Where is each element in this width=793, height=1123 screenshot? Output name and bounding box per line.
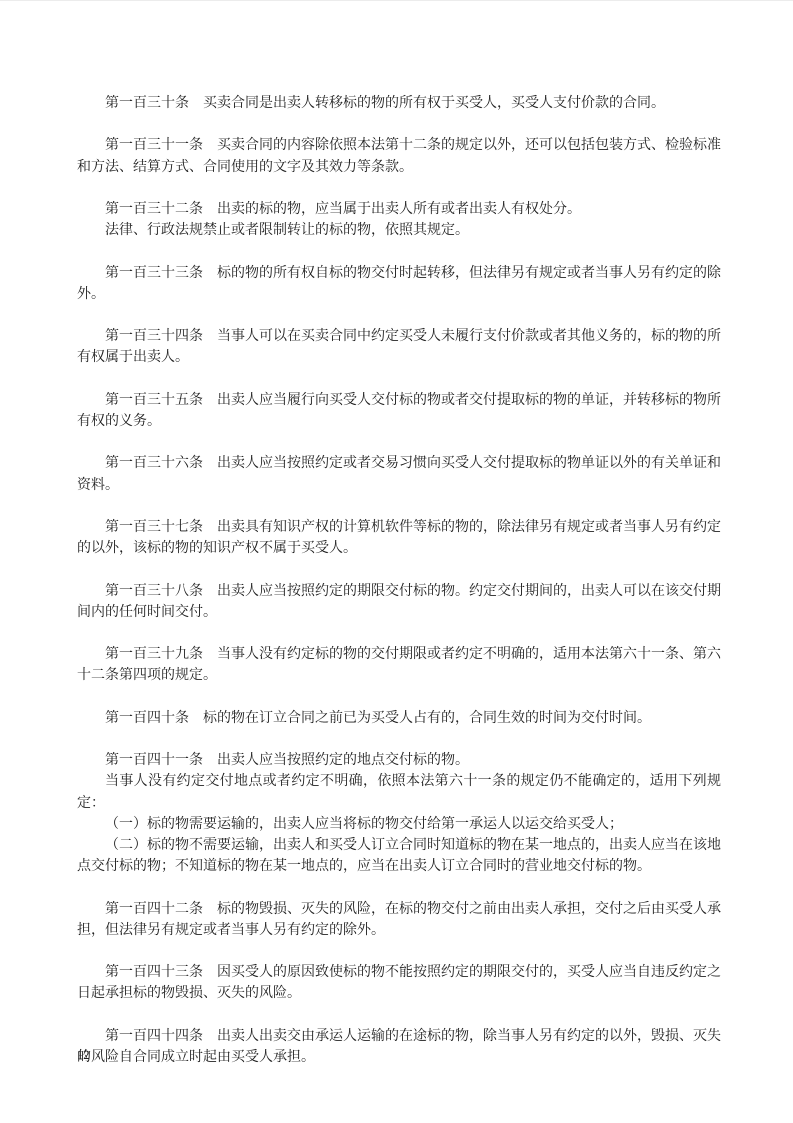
document-body: 第一百三十条买卖合同是出卖人转移标的物的所有权于买受人，买受人支付价款的合同。 … [77, 93, 721, 1068]
article-paragraph: 第一百四十一条出卖人应当按照约定的地点交付标的物。 [77, 750, 721, 771]
article: 第一百四十三条因买受人的原因致使标的物不能按照约定的期限交付的，买受人应当自违反… [77, 962, 721, 1004]
article: 第一百四十一条出卖人应当按照约定的地点交付标的物。 当事人没有约定交付地点或者约… [77, 750, 721, 877]
article-paragraph: 当事人没有约定交付地点或者约定不明确，依照本法第六十一条的规定仍不能确定的，适用… [77, 771, 721, 813]
article-number: 第一百三十五条 [105, 393, 203, 408]
article-number: 第一百三十九条 [105, 647, 203, 662]
article: 第一百三十五条出卖人应当履行向买受人交付标的物或者交付提取标的物的单证，并转移标… [77, 390, 721, 432]
article-number: 第一百三十一条 [105, 138, 203, 153]
article-number: 第一百四十条 [105, 711, 189, 726]
article-paragraph: 法律、行政法规禁止或者限制转让的标的物，依照其规定。 [77, 220, 721, 241]
article: 第一百三十八条出卖人应当按照约定的期限交付标的物。约定交付期间的，出卖人可以在该… [77, 581, 721, 623]
article: 第一百三十四条当事人可以在买卖合同中约定买受人未履行支付价款或者其他义务的，标的… [77, 326, 721, 368]
document-page: 第一百三十条买卖合同是出卖人转移标的物的所有权于买受人，买受人支付价款的合同。 … [0, 0, 793, 1123]
article-paragraph: 第一百三十三条标的物的所有权自标的物交付时起转移，但法律另有规定或者当事人另有约… [77, 263, 721, 305]
article-number: 第一百三十七条 [105, 520, 203, 535]
article-list-item: （一）标的物需要运输的，出卖人应当将标的物交付给第一承运人以运交给买受人； [77, 814, 721, 835]
article-number: 第一百四十三条 [105, 965, 203, 980]
article-paragraph: 第一百三十九条当事人没有约定标的物的交付期限或者约定不明确的，适用本法第六十一条… [77, 644, 721, 686]
article: 第一百四十二条标的物毁损、灭失的风险，在标的物交付之前由出卖人承担，交付之后由买… [77, 899, 721, 941]
article: 第一百三十七条出卖具有知识产权的计算机软件等标的物的，除法律另有规定或者当事人另… [77, 517, 721, 559]
article-number: 第一百三十四条 [105, 329, 203, 344]
article-paragraph: 第一百四十二条标的物毁损、灭失的风险，在标的物交付之前由出卖人承担，交付之后由买… [77, 899, 721, 941]
article-text: 买卖合同是出卖人转移标的物的所有权于买受人，买受人支付价款的合同。 [203, 96, 665, 111]
article-text: 标的物在订立合同之前已为买受人占有的，合同生效的时间为交付时间。 [203, 711, 651, 726]
article-paragraph: 第一百三十四条当事人可以在买卖合同中约定买受人未履行支付价款或者其他义务的，标的… [77, 326, 721, 368]
article: 第一百三十三条标的物的所有权自标的物交付时起转移，但法律另有规定或者当事人另有约… [77, 263, 721, 305]
article-paragraph: 第一百三十八条出卖人应当按照约定的期限交付标的物。约定交付期间的，出卖人可以在该… [77, 581, 721, 623]
article-paragraph: 第一百三十一条买卖合同的内容除依照本法第十二条的规定以外，还可以包括包装方式、检… [77, 135, 721, 177]
article-text: 出卖的标的物，应当属于出卖人所有或者出卖人有权处分。 [217, 202, 581, 217]
article: 第一百四十四条出卖人出卖交由承运人运输的在途标的物，除当事人另有约定的以外，毁损… [77, 1026, 721, 1068]
article-number: 第一百三十三条 [105, 266, 203, 281]
article-number: 第一百四十二条 [105, 902, 203, 917]
article-number: 第一百四十四条 [105, 1029, 203, 1044]
article-paragraph: 第一百三十六条出卖人应当按照约定或者交易习惯向买受人交付提取标的物单证以外的有关… [77, 453, 721, 495]
article: 第一百三十条买卖合同是出卖人转移标的物的所有权于买受人，买受人支付价款的合同。 [77, 93, 721, 114]
article: 第一百三十一条买卖合同的内容除依照本法第十二条的规定以外，还可以包括包装方式、检… [77, 135, 721, 177]
article-paragraph: 第一百四十四条出卖人出卖交由承运人运输的在途标的物，除当事人另有约定的以外，毁损… [77, 1026, 721, 1068]
article-number: 第一百三十二条 [105, 202, 203, 217]
article: 第一百三十九条当事人没有约定标的物的交付期限或者约定不明确的，适用本法第六十一条… [77, 644, 721, 686]
article: 第一百三十六条出卖人应当按照约定或者交易习惯向买受人交付提取标的物单证以外的有关… [77, 453, 721, 495]
article-paragraph: 第一百三十二条出卖的标的物，应当属于出卖人所有或者出卖人有权处分。 [77, 199, 721, 220]
article-number: 第一百三十条 [105, 96, 189, 111]
article-number: 第一百三十八条 [105, 584, 203, 599]
article-paragraph: 第一百四十条标的物在订立合同之前已为买受人占有的，合同生效的时间为交付时间。 [77, 708, 721, 729]
page-number: 12 [77, 1047, 90, 1063]
article: 第一百三十二条出卖的标的物，应当属于出卖人所有或者出卖人有权处分。 法律、行政法… [77, 199, 721, 241]
article-paragraph: 第一百三十五条出卖人应当履行向买受人交付标的物或者交付提取标的物的单证，并转移标… [77, 390, 721, 432]
article: 第一百四十条标的物在订立合同之前已为买受人占有的，合同生效的时间为交付时间。 [77, 708, 721, 729]
article-number: 第一百四十一条 [105, 753, 203, 768]
article-number: 第一百三十六条 [105, 456, 203, 471]
article-list-item: （二）标的物不需要运输，出卖人和买受人订立合同时知道标的物在某一地点的，出卖人应… [77, 835, 721, 877]
article-paragraph: 第一百四十三条因买受人的原因致使标的物不能按照约定的期限交付的，买受人应当自违反… [77, 962, 721, 1004]
article-paragraph: 第一百三十七条出卖具有知识产权的计算机软件等标的物的，除法律另有规定或者当事人另… [77, 517, 721, 559]
article-text: 出卖人应当按照约定的地点交付标的物。 [217, 753, 469, 768]
article-paragraph: 第一百三十条买卖合同是出卖人转移标的物的所有权于买受人，买受人支付价款的合同。 [77, 93, 721, 114]
